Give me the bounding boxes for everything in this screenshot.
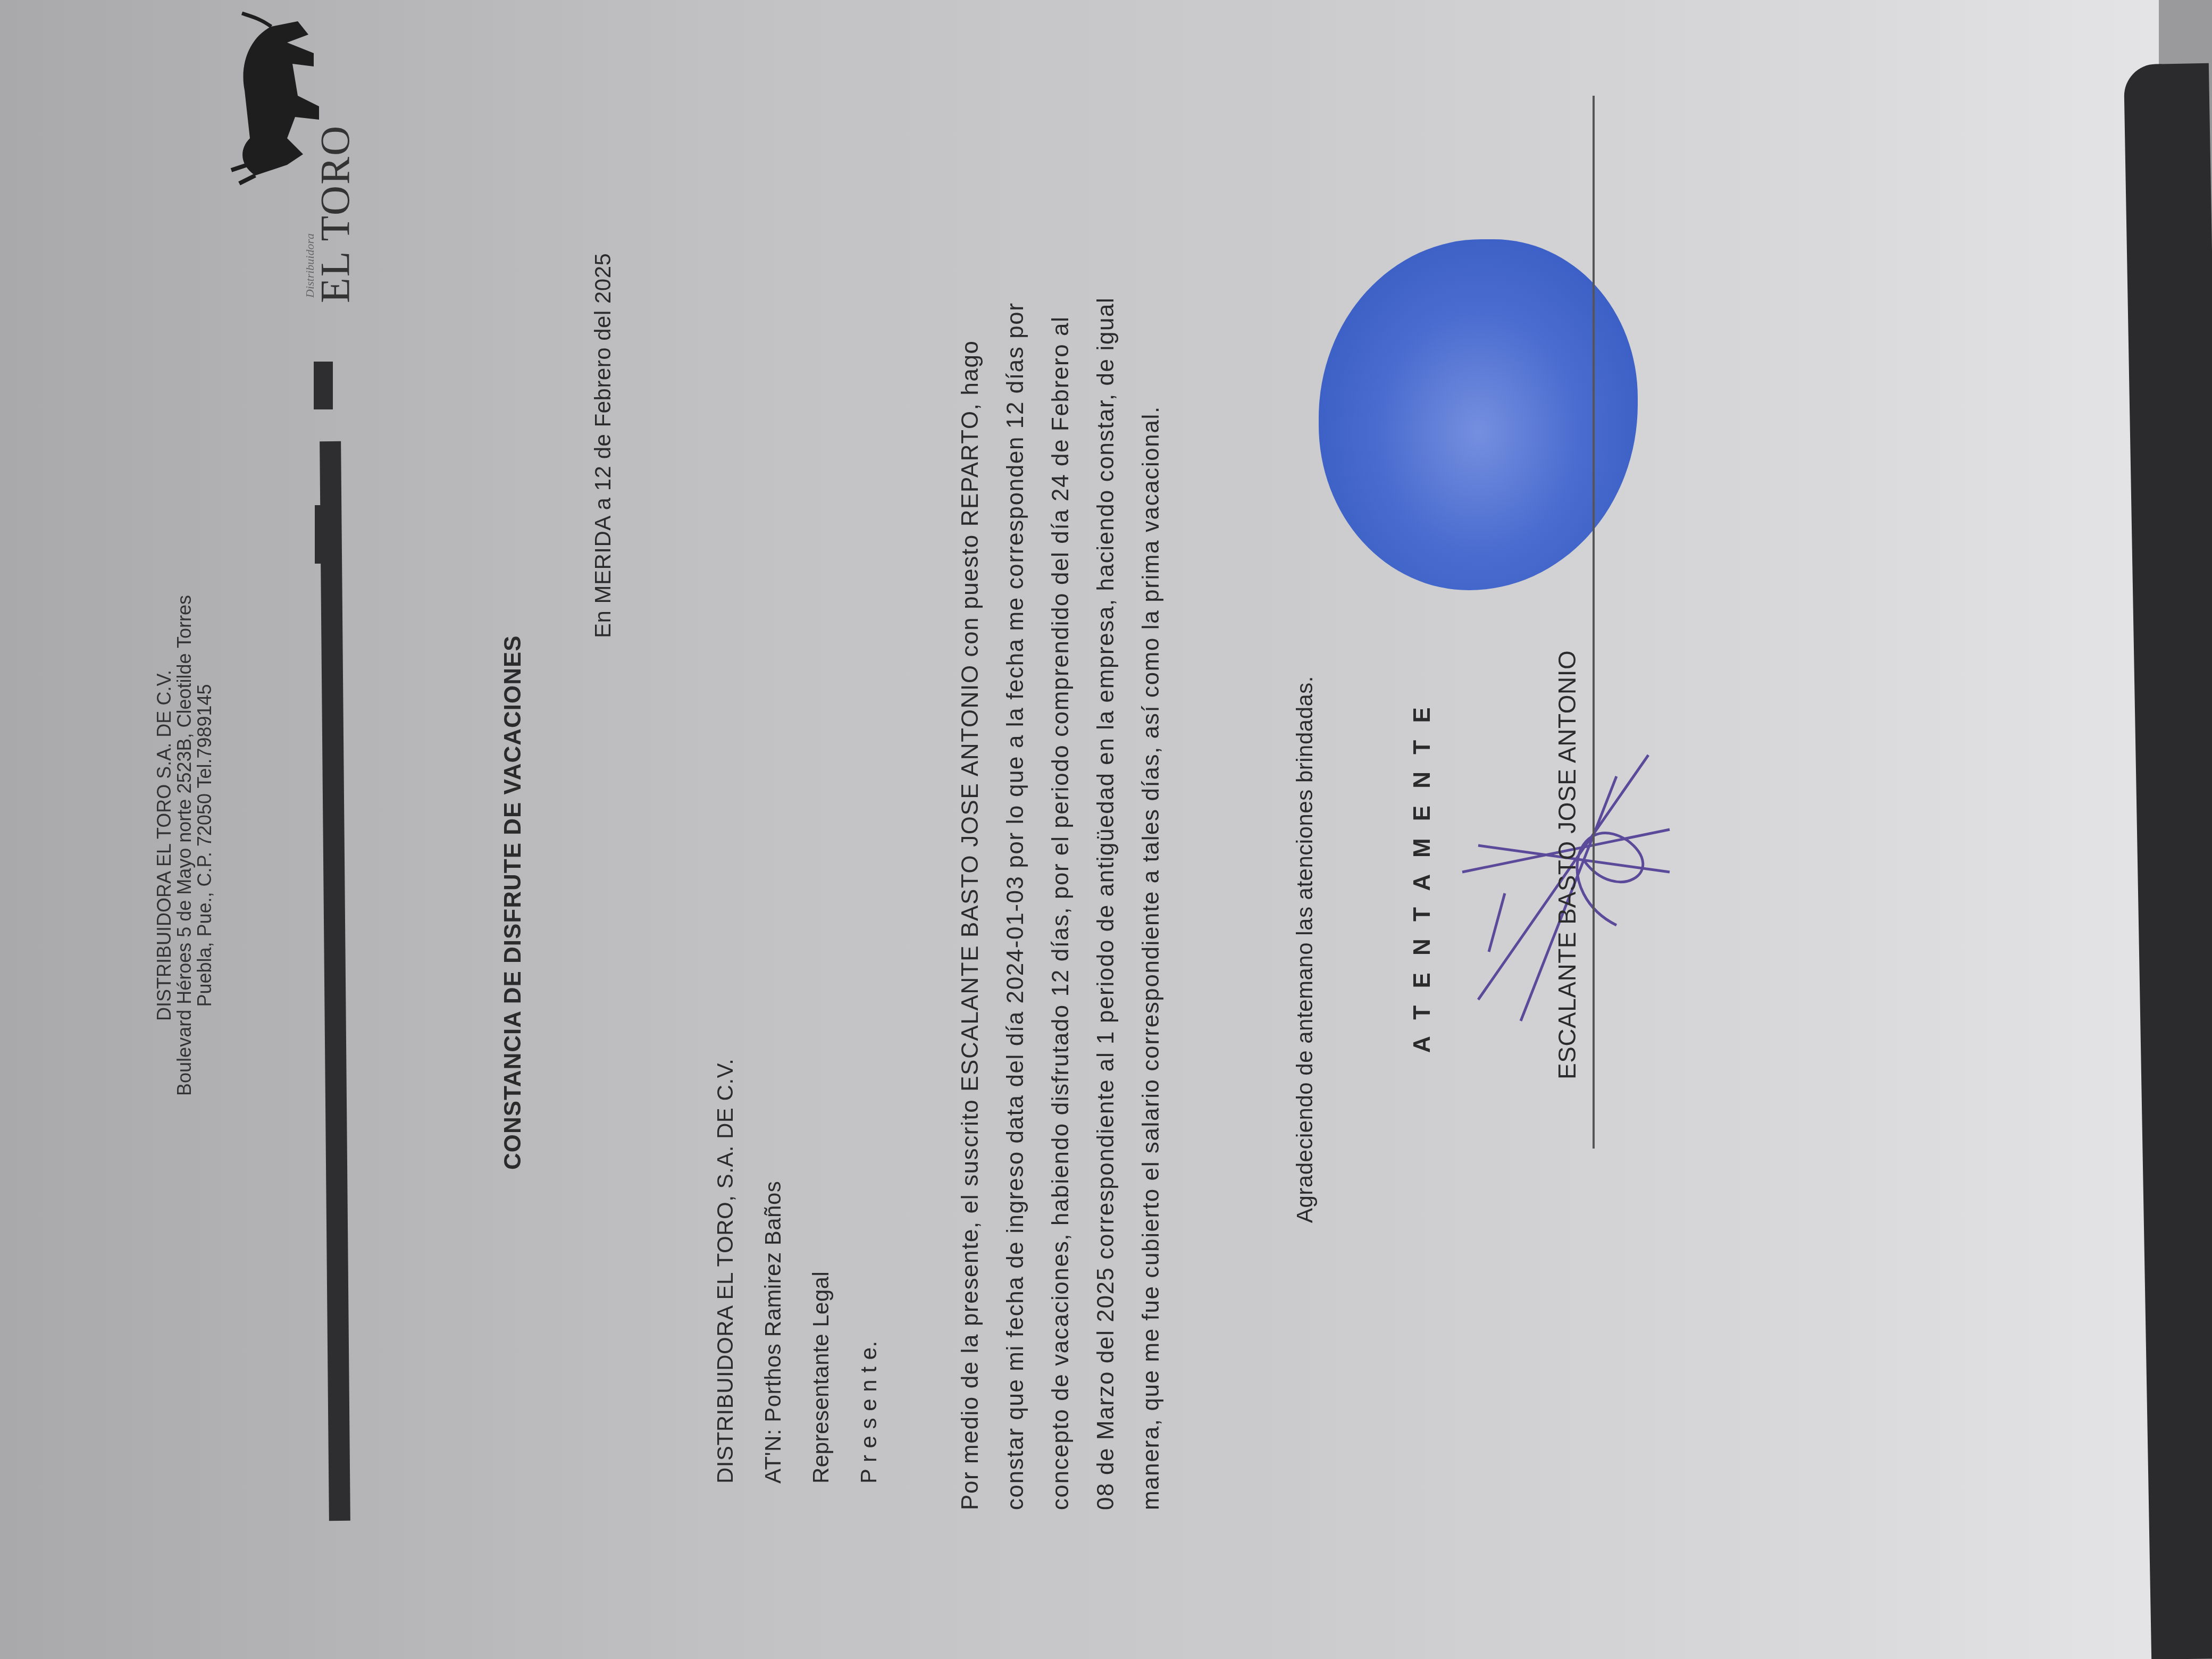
body-line: 08 de Marzo del 2025 correspondiente al … (1093, 297, 1119, 1510)
body-line: constar que mi fecha de ingreso data del… (1002, 302, 1029, 1510)
closing-text: Agradeciendo de antemano las atenciones … (1292, 676, 1318, 1223)
body-line: manera, que me fue cubierto el salario c… (1138, 406, 1164, 1510)
logo-text: EL TORO (311, 125, 359, 303)
header-bar (320, 441, 350, 1521)
document-page: DISTRIBUIDORA EL TORO S.A. DE C.V. Boule… (0, 0, 2159, 1659)
fingerprint-mark (1319, 239, 1638, 590)
letterhead: DISTRIBUIDORA EL TORO S.A. DE C.V. Boule… (154, 526, 214, 1164)
address-line-2: Puebla, Pue., C.P. 72050 Tel.7989145 (195, 526, 215, 1164)
body-line: concepto de vacaciones, habiendo disfrut… (1048, 316, 1074, 1510)
atentamente-label: A T E N T A M E N T E (1409, 702, 1436, 1053)
recipient-attn: AT'N: Porthos Ramirez Baños (760, 1181, 786, 1484)
document-title: CONSTANCIA DE DISFRUTE DE VACACIONES (500, 635, 526, 1170)
recipient-company: DISTRIBUIDORA EL TORO, S.A. DE C.V. (713, 1059, 738, 1484)
logo: Distribuidora EL TORO (223, 11, 351, 308)
company-name: DISTRIBUIDORA EL TORO S.A. DE C.V. (154, 526, 174, 1164)
signature-line (1593, 96, 1595, 1149)
recipient-role: Representante Legal (808, 1271, 834, 1484)
place-date: En MERIDA a 12 de Febrero del 2025 (590, 253, 616, 638)
bull-icon (223, 11, 324, 186)
address-line-1: Boulevard Héroes 5 de Mayo norte 2523B, … (174, 526, 195, 1164)
header-bar-segment (314, 362, 333, 409)
header-bar-segment (315, 505, 334, 564)
recipient-presente: P r e s e n t e. (856, 1340, 882, 1484)
body-line: Por medio de la presente, el suscrito ES… (957, 340, 984, 1510)
signer-name: ESCALANTE BASTO JOSE ANTONIO (1553, 650, 1581, 1079)
